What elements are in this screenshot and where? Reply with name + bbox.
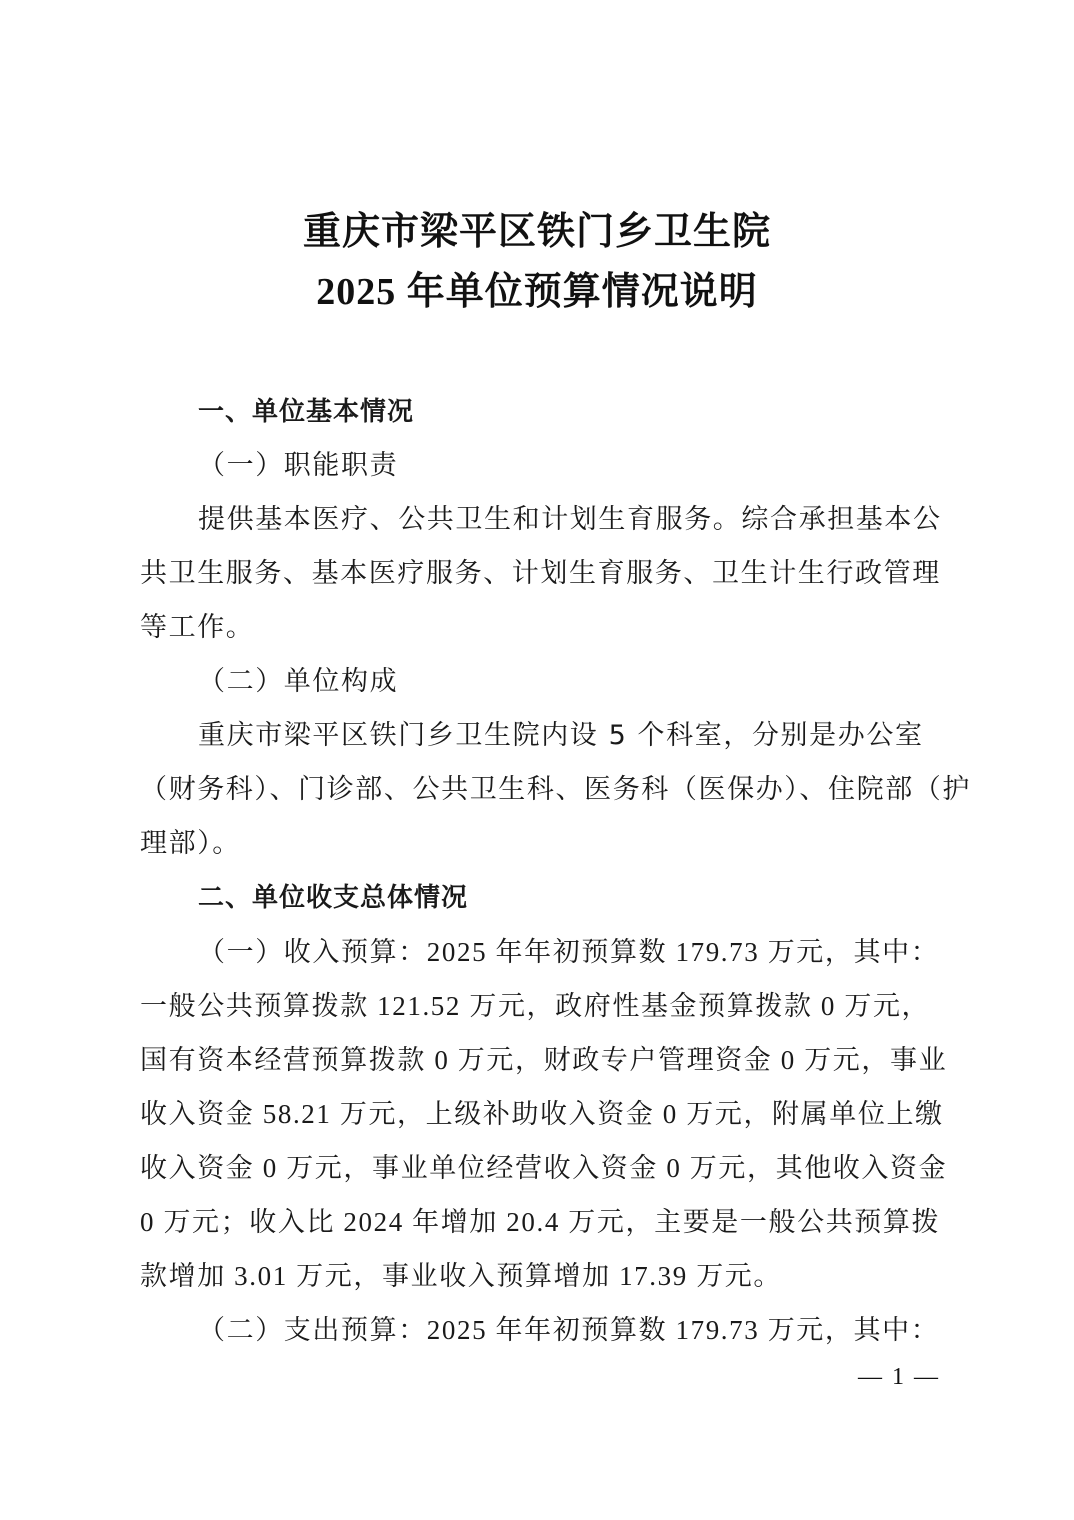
income-budget-line: 0 万元；收入比 2024 年增加 20.4 万元，主要是一般公共预算拨 — [140, 1195, 936, 1249]
income-budget-line: （一）收入预算：2025 年年初预算数 179.73 万元，其中： — [140, 925, 936, 979]
expenditure-budget-line: （二）支出预算：2025 年年初预算数 179.73 万元，其中： — [140, 1303, 936, 1357]
page-number: — 1 — — [858, 1364, 940, 1391]
income-budget-line: 款增加 3.01 万元，事业收入预算增加 17.39 万元。 — [140, 1249, 936, 1303]
subsection-structure-heading: （二）单位构成 — [140, 655, 936, 709]
section-2-heading: 二、单位收支总体情况 — [140, 871, 936, 925]
subsection-duties-heading: （一）职能职责 — [140, 439, 936, 493]
paragraph-line: 提供基本医疗、公共卫生和计划生育服务。综合承担基本公 — [140, 493, 936, 547]
income-budget-line: 收入资金 58.21 万元，上级补助收入资金 0 万元，附属单位上缴 — [140, 1087, 936, 1141]
income-budget-line: 一般公共预算拨款 121.52 万元，政府性基金预算拨款 0 万元， — [140, 979, 936, 1033]
paragraph-line: 重庆市梁平区铁门乡卫生院内设 5 个科室，分别是办公室 — [140, 709, 936, 763]
document-title-line-1: 重庆市梁平区铁门乡卫生院 — [0, 202, 1074, 262]
income-budget-line: 收入资金 0 万元，事业单位经营收入资金 0 万元，其他收入资金 — [140, 1141, 936, 1195]
document-body: 一、单位基本情况 （一）职能职责 提供基本医疗、公共卫生和计划生育服务。综合承担… — [140, 385, 936, 1357]
paragraph-line: 理部）。 — [140, 817, 936, 871]
paragraph-line: （财务科）、门诊部、公共卫生科、医务科（医保办）、住院部（护 — [140, 763, 936, 817]
document-title-line-2: 2025 年单位预算情况说明 — [0, 262, 1074, 322]
section-1-heading: 一、单位基本情况 — [140, 385, 936, 439]
paragraph-line: 等工作。 — [140, 601, 936, 655]
paragraph-line: 共卫生服务、基本医疗服务、计划生育服务、卫生计生行政管理 — [140, 547, 936, 601]
income-budget-line: 国有资本经营预算拨款 0 万元，财政专户管理资金 0 万元，事业 — [140, 1033, 936, 1087]
document-page: 重庆市梁平区铁门乡卫生院 2025 年单位预算情况说明 一、单位基本情况 （一）… — [0, 0, 1074, 1520]
